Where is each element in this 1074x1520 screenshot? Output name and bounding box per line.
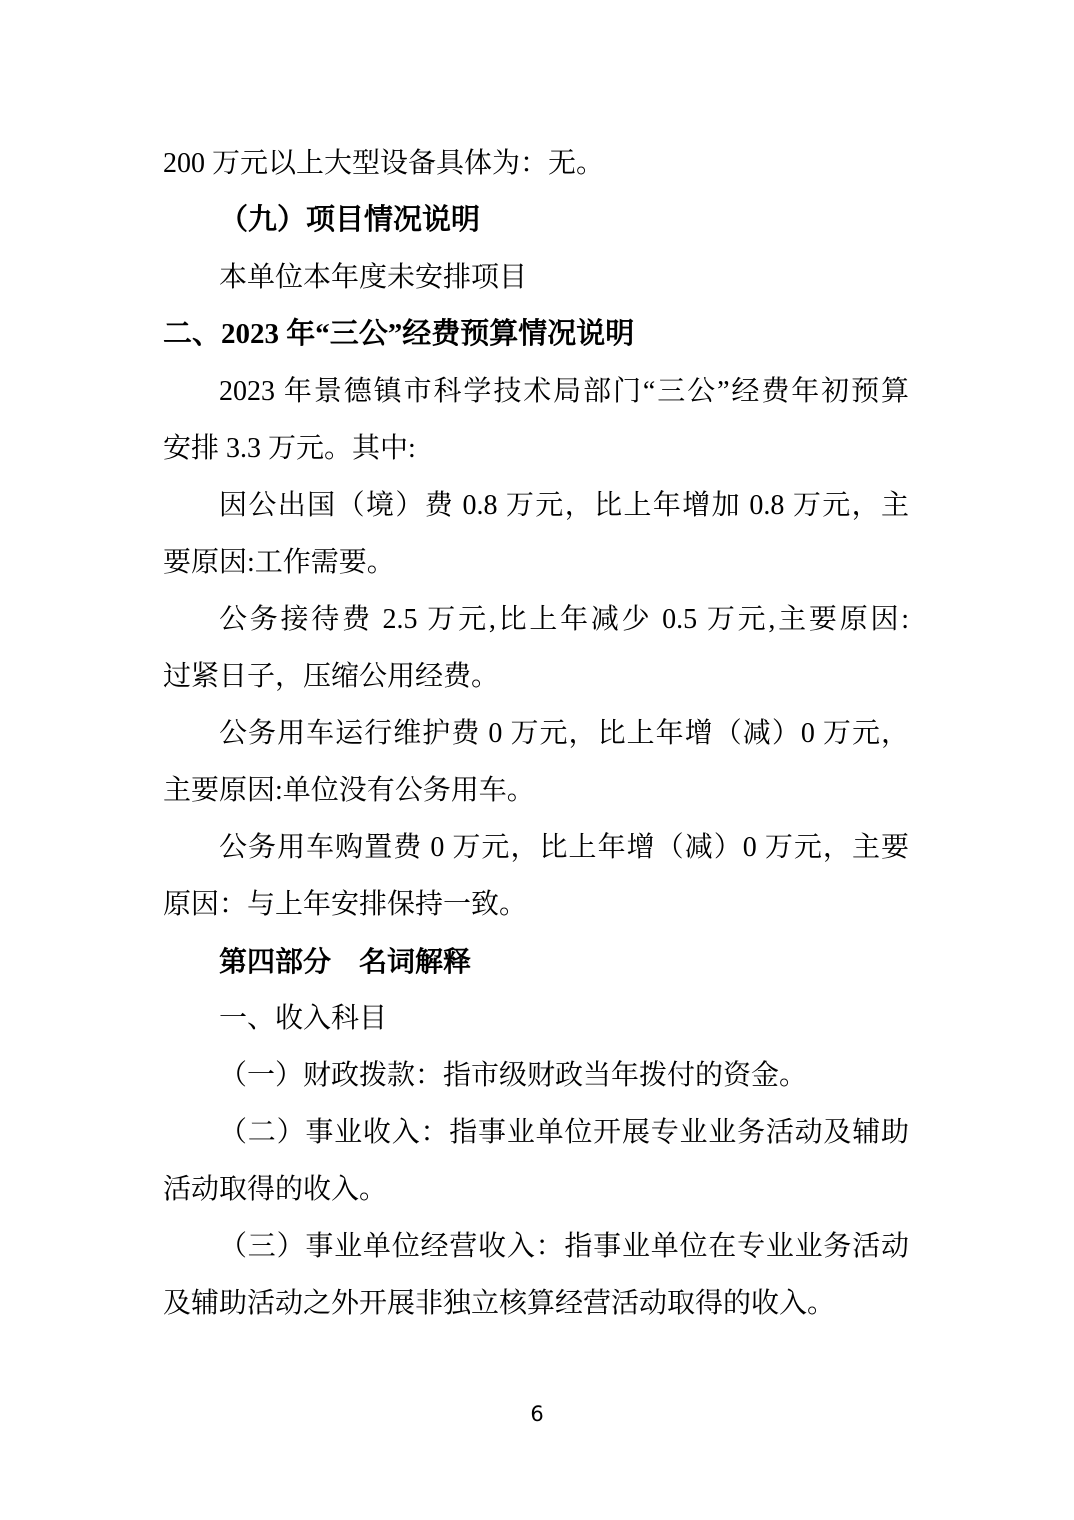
document-body: 200 万元以上大型设备具体为：无。 （九）项目情况说明 本单位本年度未安排项目… <box>163 135 909 1332</box>
subsection-heading-income: 一、收入科目 <box>163 990 909 1047</box>
paragraph-line: 原因：与上年安排保持一致。 <box>163 876 909 933</box>
paragraph-line: 主要原因:单位没有公务用车。 <box>163 762 909 819</box>
paragraph-line: 要原因:工作需要。 <box>163 534 909 591</box>
paragraph-line: 过紧日子，压缩公用经费。 <box>163 648 909 705</box>
paragraph-line: 公务用车购置费 0 万元，比上年增（减）0 万元，主要 <box>163 819 909 876</box>
document-page: 200 万元以上大型设备具体为：无。 （九）项目情况说明 本单位本年度未安排项目… <box>0 0 1074 1520</box>
paragraph-line: 活动取得的收入。 <box>163 1161 909 1218</box>
paragraph-line: 安排 3.3 万元。其中: <box>163 420 909 477</box>
page-number: 6 <box>0 1400 1074 1430</box>
part-heading-glossary: 第四部分 名词解释 <box>163 933 909 990</box>
paragraph-line: 因公出国（境）费 0.8 万元，比上年增加 0.8 万元，主 <box>163 477 909 534</box>
paragraph-line: 本单位本年度未安排项目 <box>163 249 909 306</box>
paragraph-line: 及辅助活动之外开展非独立核算经营活动取得的收入。 <box>163 1275 909 1332</box>
paragraph-line: 200 万元以上大型设备具体为：无。 <box>163 135 909 192</box>
paragraph-line: （二）事业收入：指事业单位开展专业业务活动及辅助 <box>163 1104 909 1161</box>
subsection-heading-projects: （九）项目情况说明 <box>163 192 909 249</box>
section-heading-sangong: 二、2023 年“三公”经费预算情况说明 <box>163 306 909 363</box>
paragraph-line: 2023 年景德镇市科学技术局部门“三公”经费年初预算 <box>163 363 909 420</box>
paragraph-line: 公务接待费 2.5 万元,比上年减少 0.5 万元,主要原因: <box>163 591 909 648</box>
paragraph-line: （一）财政拨款：指市级财政当年拨付的资金。 <box>163 1047 909 1104</box>
paragraph-line: 公务用车运行维护费 0 万元，比上年增（减）0 万元， <box>163 705 909 762</box>
paragraph-line: （三）事业单位经营收入：指事业单位在专业业务活动 <box>163 1218 909 1275</box>
